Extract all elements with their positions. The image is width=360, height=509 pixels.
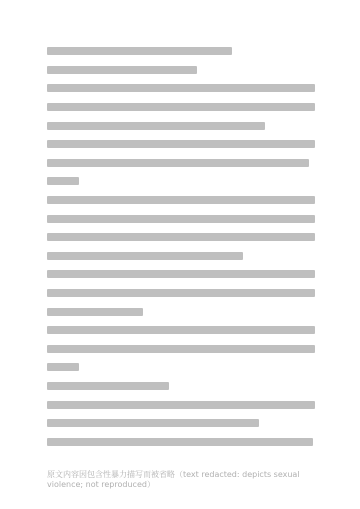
redacted-text-bar <box>47 382 169 390</box>
redacted-text-bar <box>47 326 315 334</box>
text-line-14-redacted <box>47 284 317 303</box>
redacted-text-bar <box>47 233 315 241</box>
text-line-6-redacted <box>47 135 317 154</box>
redacted-text-bar <box>47 122 265 130</box>
redacted-text-bar <box>47 159 309 167</box>
text-line-22-redacted <box>47 432 317 451</box>
redacted-text-bar <box>47 270 315 278</box>
redacted-text-bar <box>47 84 315 92</box>
text-line-2-redacted <box>47 61 317 80</box>
text-line-21-redacted <box>47 414 317 433</box>
text-line-16-redacted <box>47 321 317 340</box>
redacted-text-bar <box>47 177 79 185</box>
redacted-text-bar <box>47 345 315 353</box>
text-line-8-redacted <box>47 172 317 191</box>
text-line-4-redacted <box>47 98 317 117</box>
redacted-text-bar <box>47 66 197 74</box>
redacted-text-bar <box>47 438 313 446</box>
redacted-text-bar <box>47 196 315 204</box>
body-text-block <box>47 42 317 451</box>
document-page: 原文内容因包含性暴力描写而被省略（text redacted: depicts … <box>0 0 360 509</box>
redacted-text-bar <box>47 363 79 371</box>
redacted-text-bar <box>47 252 243 260</box>
redaction-notice: 原文内容因包含性暴力描写而被省略（text redacted: depicts … <box>47 470 317 491</box>
text-line-18-redacted <box>47 358 317 377</box>
text-line-3-redacted <box>47 79 317 98</box>
redacted-text-bar <box>47 419 259 427</box>
text-line-20-redacted <box>47 395 317 414</box>
redacted-text-bar <box>47 289 315 297</box>
redacted-text-bar <box>47 215 315 223</box>
text-line-12-redacted <box>47 247 317 266</box>
redacted-text-bar <box>47 140 315 148</box>
text-line-13-redacted <box>47 265 317 284</box>
text-line-7-redacted <box>47 154 317 173</box>
text-line-10-redacted <box>47 209 317 228</box>
text-line-1-redacted <box>47 42 317 61</box>
redacted-text-bar <box>47 103 315 111</box>
redacted-text-bar <box>47 308 143 316</box>
text-line-11-redacted <box>47 228 317 247</box>
text-line-17-redacted <box>47 340 317 359</box>
redacted-text-bar <box>47 47 232 55</box>
text-line-5-redacted <box>47 116 317 135</box>
text-line-19-redacted <box>47 377 317 396</box>
redacted-text-bar <box>47 401 315 409</box>
text-line-9-redacted <box>47 191 317 210</box>
text-line-15-redacted <box>47 302 317 321</box>
